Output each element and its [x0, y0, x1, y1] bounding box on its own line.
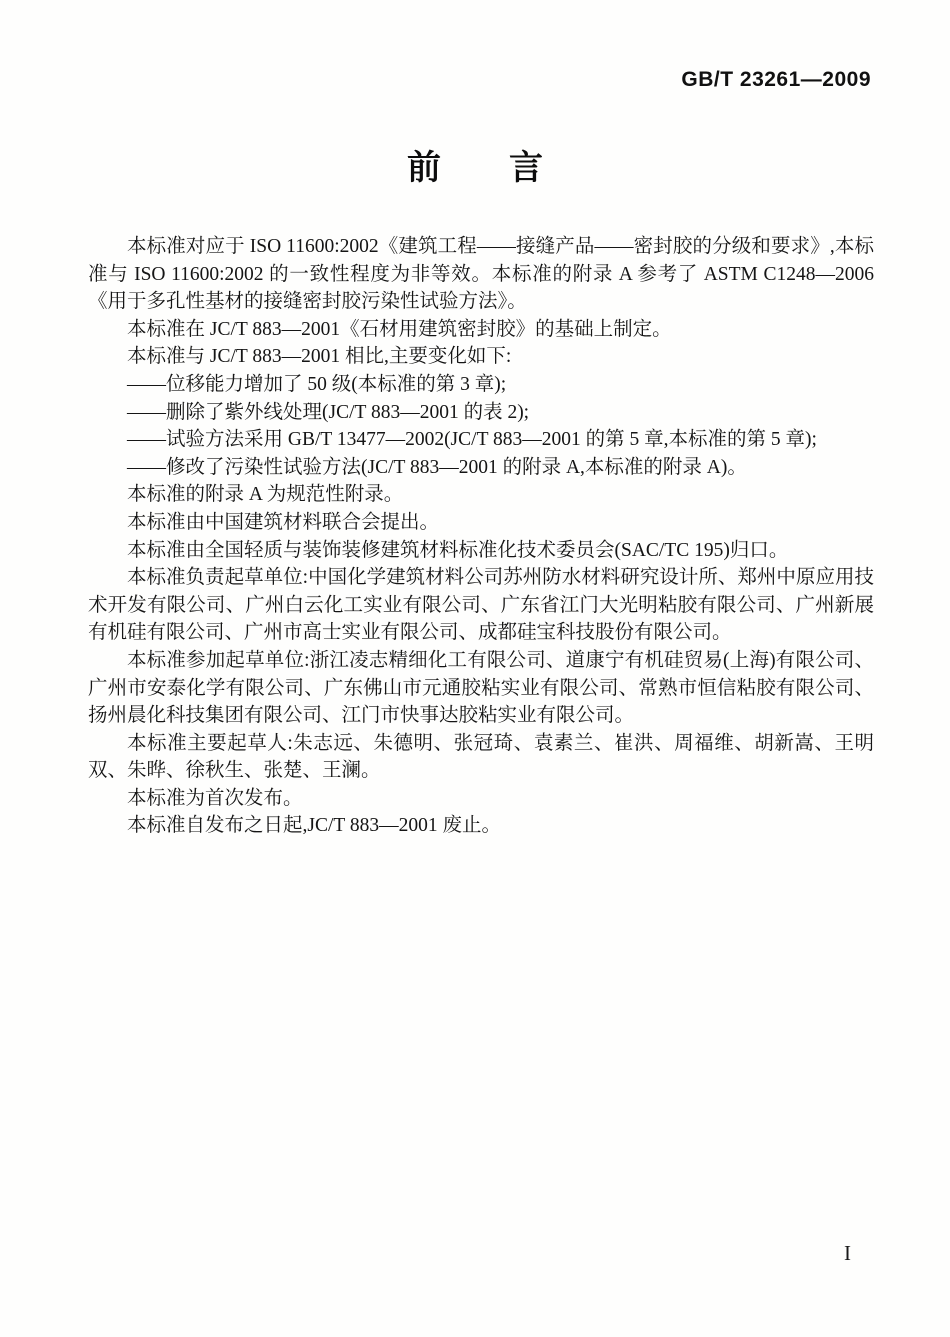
paragraph: ——修改了污染性试验方法(JC/T 883—2001 的附录 A,本标准的附录 …	[88, 454, 874, 482]
standard-code: GB/T 23261—2009	[681, 68, 871, 92]
document-page: GB/T 23261—2009 前 言 本标准对应于 ISO 11600:200…	[0, 0, 950, 1337]
paragraph: 本标准自发布之日起,JC/T 883—2001 废止。	[88, 812, 874, 840]
paragraph: 本标准主要起草人:朱志远、朱德明、张冠琦、袁素兰、崔洪、周福维、胡新嵩、王明双、…	[88, 730, 874, 785]
page-number: I	[844, 1241, 851, 1266]
paragraph: 本标准由中国建筑材料联合会提出。	[88, 509, 874, 537]
paragraph: ——试验方法采用 GB/T 13477—2002(JC/T 883—2001 的…	[88, 426, 874, 454]
paragraph: 本标准负责起草单位:中国化学建筑材料公司苏州防水材料研究设计所、郑州中原应用技术…	[88, 564, 874, 647]
paragraph: 本标准由全国轻质与装饰装修建筑材料标准化技术委员会(SAC/TC 195)归口。	[88, 537, 874, 565]
paragraph: 本标准在 JC/T 883—2001《石材用建筑密封胶》的基础上制定。	[88, 316, 874, 344]
paragraph: 本标准为首次发布。	[88, 785, 874, 813]
paragraph: 本标准的附录 A 为规范性附录。	[88, 481, 874, 509]
paragraph: ——删除了紫外线处理(JC/T 883—2001 的表 2);	[88, 399, 874, 427]
paragraph: ——位移能力增加了 50 级(本标准的第 3 章);	[88, 371, 874, 399]
paragraph: 本标准与 JC/T 883—2001 相比,主要变化如下:	[88, 343, 874, 371]
foreword-body: 本标准对应于 ISO 11600:2002《建筑工程——接缝产品——密封胶的分级…	[88, 233, 874, 840]
page-title: 前 言	[0, 140, 950, 189]
paragraph: 本标准对应于 ISO 11600:2002《建筑工程——接缝产品——密封胶的分级…	[88, 233, 874, 316]
paragraph: 本标准参加起草单位:浙江凌志精细化工有限公司、道康宁有机硅贸易(上海)有限公司、…	[88, 647, 874, 730]
